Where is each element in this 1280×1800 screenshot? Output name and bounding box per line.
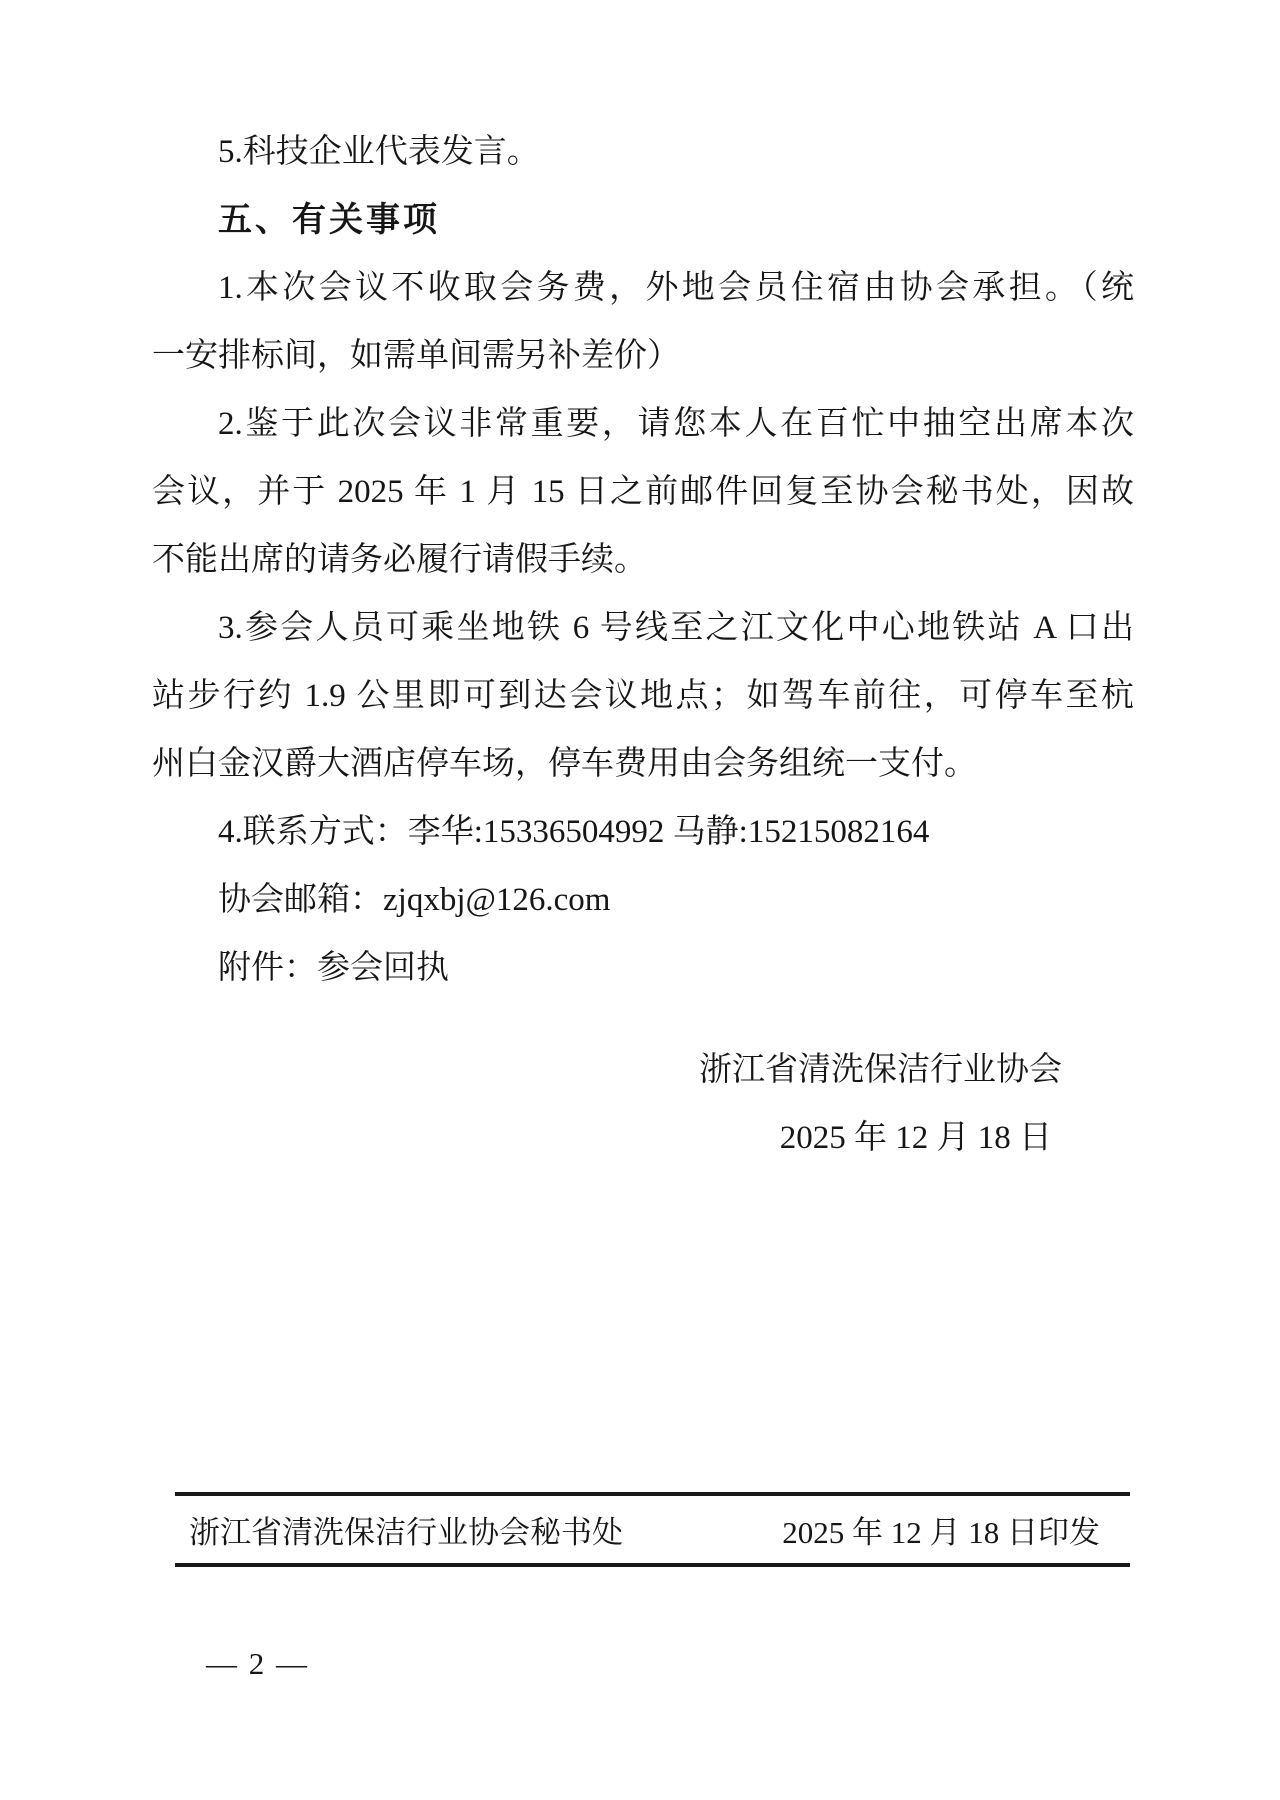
footer-print-date: 2025 年 12 月 18 日印发 (782, 1507, 1100, 1552)
body-line-item2-b: 会议，并于 2025 年 1 月 15 日之前邮件回复至协会秘书处，因故 (152, 458, 1134, 526)
footer-issuer: 浙江省清洗保洁行业协会秘书处 (189, 1507, 623, 1552)
footer-block: 浙江省清洗保洁行业协会秘书处 2025 年 12 月 18 日印发 (175, 1492, 1130, 1567)
signature-block: 浙江省清洗保洁行业协会 2025 年 12 月 18 日 (152, 1036, 1134, 1172)
body-line-association-email: 协会邮箱：zjqxbj@126.com (152, 866, 1134, 934)
body-line-item2-a: 2.鉴于此次会议非常重要，请您本人在百忙中抽空出席本次 (152, 390, 1134, 458)
section-heading-5: 五、有关事项 (152, 186, 1134, 254)
body-line-item4-contacts: 4.联系方式：李华:15336504992 马静:15215082164 (152, 798, 1134, 866)
page-number: — 2 — (206, 1645, 309, 1683)
body-line-item3-c: 州白金汉爵大酒店停车场，停车费用由会务组统一支付。 (152, 730, 1134, 798)
body-line-attachment: 附件：参会回执 (152, 934, 1134, 1002)
body-line-item1-a: 1.本次会议不收取会务费，外地会员住宿由协会承担。（统 (152, 254, 1134, 322)
body-line-item2-c: 不能出席的请务必履行请假手续。 (152, 526, 1134, 594)
footer-row: 浙江省清洗保洁行业协会秘书处 2025 年 12 月 18 日印发 (175, 1496, 1130, 1563)
signature-date: 2025 年 12 月 18 日 (152, 1104, 1134, 1172)
document-page: 5.科技企业代表发言。 五、有关事项 1.本次会议不收取会务费，外地会员住宿由协… (0, 0, 1280, 1800)
body-line-agenda-item-5: 5.科技企业代表发言。 (152, 118, 1134, 186)
body-line-item1-b: 一安排标间，如需单间需另补差价） (152, 322, 1134, 390)
footer-rule-bottom (175, 1563, 1130, 1567)
body-line-item3-b: 站步行约 1.9 公里即可到达会议地点；如驾车前往，可停车至杭 (152, 662, 1134, 730)
body-line-item3-a: 3.参会人员可乘坐地铁 6 号线至之江文化中心地铁站 A 口出 (152, 594, 1134, 662)
signature-organization: 浙江省清洗保洁行业协会 (152, 1036, 1134, 1104)
document-body: 5.科技企业代表发言。 五、有关事项 1.本次会议不收取会务费，外地会员住宿由协… (152, 118, 1134, 1002)
